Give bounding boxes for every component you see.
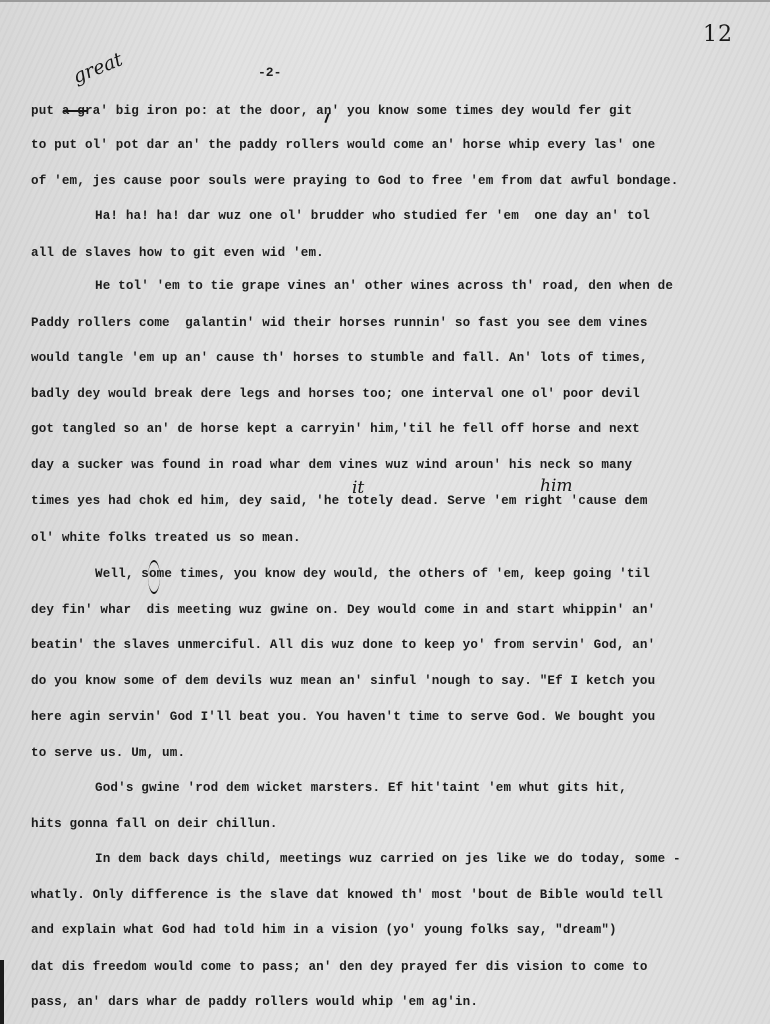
text-line: to put ol' pot dar an' the paddy rollers… (31, 137, 655, 153)
text-line: dey fin' whar dis meeting wuz gwine on. … (31, 602, 655, 618)
handwritten-insertion-great: great (70, 48, 126, 88)
text-line: day a sucker was found in road whar dem … (31, 457, 632, 473)
text-line: Paddy rollers come galantin' wid their h… (31, 315, 648, 331)
text-line: dat dis freedom would come to pass; an' … (31, 959, 648, 975)
text-line: badly dey would break dere legs and hors… (31, 386, 640, 402)
text-line: of 'em, jes cause poor souls were prayin… (31, 173, 678, 189)
text-line: all de slaves how to git even wid 'em. (31, 245, 324, 261)
text-line: times yes had chok ed him, dey said, 'he… (31, 493, 648, 509)
text-line: to serve us. Um, um. (31, 745, 185, 761)
text-line: pass, an' dars whar de paddy rollers wou… (31, 994, 478, 1010)
sub-page-number: -2- (258, 65, 281, 80)
text-line: beatin' the slaves unmerciful. All dis w… (31, 637, 655, 653)
page-number: 12 (703, 22, 733, 47)
text-line: here agin servin' God I'll beat you. You… (31, 709, 655, 725)
page-left-edge-shadow (0, 960, 4, 1024)
text-line: In dem back days child, meetings wuz car… (95, 851, 681, 867)
page-top-edge (0, 0, 770, 2)
text-line: put a gra' big iron po: at the door, an'… (31, 103, 632, 119)
typewritten-page: 12 -2- great it him put a gra' big iron … (0, 0, 770, 1024)
text-line: whatly. Only difference is the slave dat… (31, 887, 663, 903)
text-line: Well, some times, you know dey would, th… (95, 566, 650, 582)
text-line: Ha! ha! ha! dar wuz one ol' brudder who … (95, 208, 650, 224)
text-line: He tol' 'em to tie grape vines an' other… (95, 278, 673, 294)
text-line: and explain what God had told him in a v… (31, 922, 617, 938)
text-line: got tangled so an' de horse kept a carry… (31, 421, 640, 437)
text-line: hits gonna fall on deir chillun. (31, 816, 278, 832)
text-line: do you know some of dem devils wuz mean … (31, 673, 655, 689)
text-line: would tangle 'em up an' cause th' horses… (31, 350, 648, 366)
text-line: God's gwine 'rod dem wicket marsters. Ef… (95, 780, 627, 796)
text-line: ol' white folks treated us so mean. (31, 530, 301, 546)
